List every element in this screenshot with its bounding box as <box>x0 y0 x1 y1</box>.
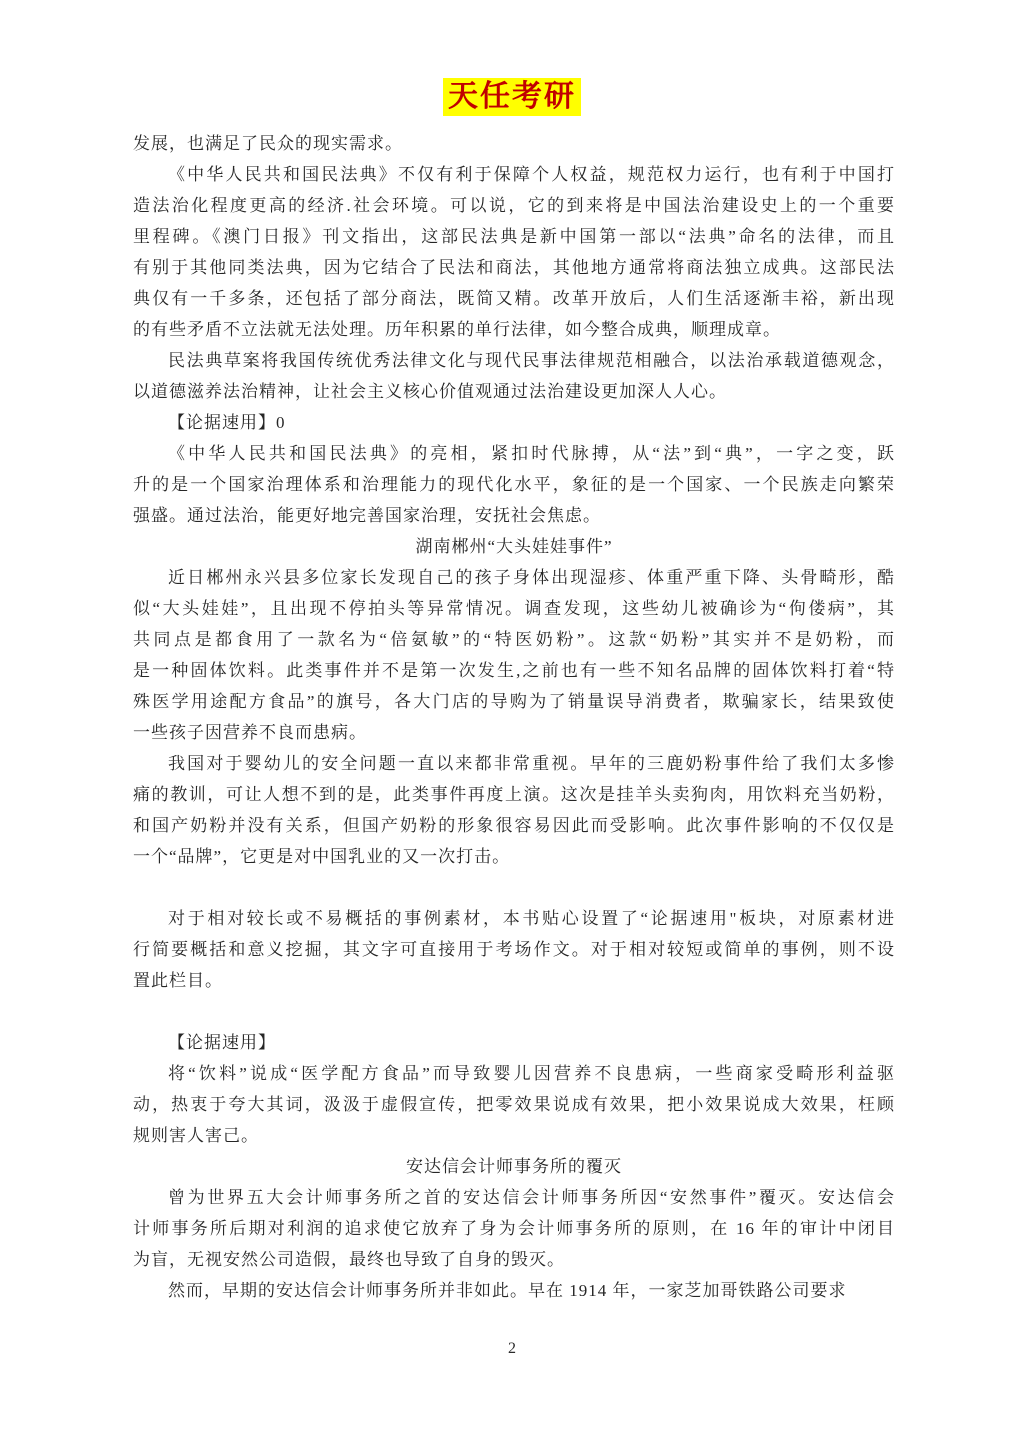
page-header: 天任考研 <box>0 78 1024 116</box>
paragraph: 然而，早期的安达信会计师事务所并非如此。早在 1914 年，一家芝加哥铁路公司要… <box>133 1275 895 1306</box>
body-text-line: 规则害人害己。 <box>133 1120 895 1151</box>
section-heading: 湖南郴州“大头娃娃事件” <box>133 531 895 562</box>
body-text-line: 强盛。通过法治，能更好地完善国家治理，安抚社会焦虑。 <box>133 500 895 531</box>
body-text-line: 计师事务所后期对利润的追求使它放弃了身为会计师事务所的原则，在 16 年的审计中… <box>133 1213 895 1244</box>
body-text-line: 近日郴州永兴县多位家长发现自己的孩子身体出现湿疹、体重严重下降、头骨畸形，酷 <box>133 562 895 593</box>
body-text-line: 造法治化程度更高的经济.社会环境。可以说，它的到来将是中国法治建设史上的一个重要 <box>133 190 895 221</box>
document-page: 天任考研 发展，也满足了民众的现实需求。《中华人民共和国民法典》不仅有利于保障个… <box>0 0 1024 1448</box>
paragraph: 《中华人民共和国民法典》不仅有利于保障个人权益，规范权力运行，也有利于中国打造法… <box>133 159 895 345</box>
body-text-line: 【论据速用】 <box>133 1027 895 1058</box>
body-text-line: 有别于其他同类法典，因为它结合了民法和商法，其他地方通常将商法独立成典。这部民法 <box>133 252 895 283</box>
paragraph: 《中华人民共和国民法典》的亮相，紧扣时代脉搏，从“法”到“典”，一字之变，跃升的… <box>133 438 895 531</box>
document-body: 发展，也满足了民众的现实需求。《中华人民共和国民法典》不仅有利于保障个人权益，规… <box>133 128 895 1306</box>
body-text-line: 典仅有一千多条，还包括了部分商法，既简又精。改革开放后，人们生活逐渐丰裕，新出现 <box>133 283 895 314</box>
paragraph: 【论据速用】0 <box>133 407 895 438</box>
body-text-line: 为盲，无视安然公司造假，最终也导致了自身的毁灭。 <box>133 1244 895 1275</box>
body-text-line: 殊医学用途配方食品”的旗号，各大门店的导购为了销量误导消费者，欺骗家长，结果致使 <box>133 686 895 717</box>
body-text-line: 的有些矛盾不立法就无法处理。历年积累的单行法律，如今整合成典，顺理成章。 <box>133 314 895 345</box>
body-text-line: 《中华人民共和国民法典》的亮相，紧扣时代脉搏，从“法”到“典”，一字之变，跃 <box>133 438 895 469</box>
body-text-line: 动，热衷于夸大其词，汲汲于虚假宣传，把零效果说成有效果，把小效果说成大效果，枉顾 <box>133 1089 895 1120</box>
body-text-line: 升的是一个国家治理体系和治理能力的现代化水平，象征的是一个国家、一个民族走向繁荣 <box>133 469 895 500</box>
paragraph: 【论据速用】 <box>133 1027 895 1058</box>
body-text-line: 发展，也满足了民众的现实需求。 <box>133 128 895 159</box>
body-text-line: 我国对于婴幼儿的安全问题一直以来都非常重视。早年的三鹿奶粉事件给了我们太多惨 <box>133 748 895 779</box>
brand-logo-text: 天任考研 <box>443 78 581 116</box>
blank-line <box>133 872 895 903</box>
blank-line <box>133 996 895 1027</box>
paragraph: 近日郴州永兴县多位家长发现自己的孩子身体出现湿疹、体重严重下降、头骨畸形，酷似“… <box>133 562 895 748</box>
body-text-line: 一个“品牌”，它更是对中国乳业的又一次打击。 <box>133 841 895 872</box>
body-text-line: 以道德滋养法治精神，让社会主义核心价值观通过法治建设更加深人人心。 <box>133 376 895 407</box>
paragraph: 对于相对较长或不易概括的事例素材，本书贴心设置了“论据速用"板块，对原素材进行简… <box>133 903 895 996</box>
body-text-line: 曾为世界五大会计师事务所之首的安达信会计师事务所因“安然事件”覆灭。安达信会 <box>133 1182 895 1213</box>
paragraph: 发展，也满足了民众的现实需求。 <box>133 128 895 159</box>
paragraph: 我国对于婴幼儿的安全问题一直以来都非常重视。早年的三鹿奶粉事件给了我们太多惨痛的… <box>133 748 895 872</box>
body-text-line: 共同点是都食用了一款名为“倍氨敏”的“特医奶粉”。这款“奶粉”其实并不是奶粉，而 <box>133 624 895 655</box>
body-text-line: 似“大头娃娃”，且出现不停拍头等异常情况。调查发现，这些幼儿被确诊为“佝偻病”，… <box>133 593 895 624</box>
body-text-line: 里程碑。《澳门日报》刊文指出，这部民法典是新中国第一部以“法典”命名的法律，而且 <box>133 221 895 252</box>
paragraph: 曾为世界五大会计师事务所之首的安达信会计师事务所因“安然事件”覆灭。安达信会计师… <box>133 1182 895 1275</box>
body-text-line: 行简要概括和意义挖掘，其文字可直接用于考场作文。对于相对较短或简单的事例，则不设 <box>133 934 895 965</box>
body-text-line: 置此栏目。 <box>133 965 895 996</box>
body-text-line: 将“饮料”说成“医学配方食品”而导致婴儿因营养不良患病，一些商家受畸形利益驱 <box>133 1058 895 1089</box>
body-text-line: 痛的教训，可让人想不到的是，此类事件再度上演。这次是挂羊头卖狗肉，用饮料充当奶粉… <box>133 779 895 810</box>
body-text-line: 一些孩子因营养不良而患病。 <box>133 717 895 748</box>
body-text-line: 和国产奶粉并没有关系，但国产奶粉的形象很容易因此而受影响。此次事件影响的不仅仅是 <box>133 810 895 841</box>
body-text-line: 对于相对较长或不易概括的事例素材，本书贴心设置了“论据速用"板块，对原素材进 <box>133 903 895 934</box>
page-number: 2 <box>0 1339 1024 1359</box>
body-text-line: 是一种固体饮料。此类事件并不是第一次发生,之前也有一些不知名品牌的固体饮料打着“… <box>133 655 895 686</box>
section-heading: 安达信会计师事务所的覆灭 <box>133 1151 895 1182</box>
body-text-line: 【论据速用】0 <box>133 407 895 438</box>
paragraph: 民法典草案将我国传统优秀法律文化与现代民事法律规范相融合，以法治承载道德观念，以… <box>133 345 895 407</box>
paragraph: 将“饮料”说成“医学配方食品”而导致婴儿因营养不良患病，一些商家受畸形利益驱动，… <box>133 1058 895 1151</box>
body-text-line: 《中华人民共和国民法典》不仅有利于保障个人权益，规范权力运行，也有利于中国打 <box>133 159 895 190</box>
body-text-line: 然而，早期的安达信会计师事务所并非如此。早在 1914 年，一家芝加哥铁路公司要… <box>133 1275 895 1306</box>
body-text-line: 民法典草案将我国传统优秀法律文化与现代民事法律规范相融合，以法治承载道德观念， <box>133 345 895 376</box>
